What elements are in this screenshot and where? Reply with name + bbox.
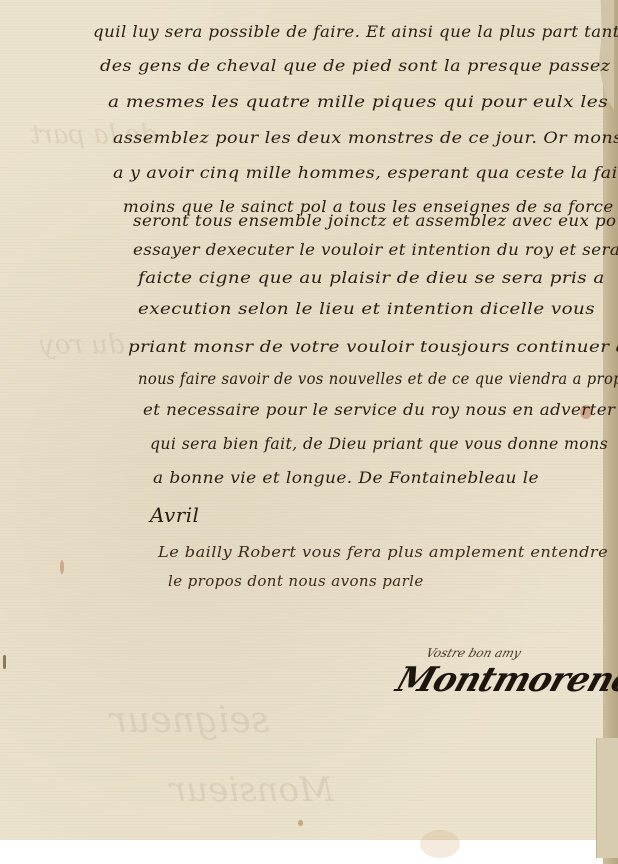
signature-block: Vostre bon amy Montmorency xyxy=(391,646,618,700)
signature-name: Montmorency xyxy=(391,660,618,700)
letter-line: a bonne vie et longue. De Fontainebleau … xyxy=(153,468,539,487)
letter-line: a y avoir cinq mille hommes, esperant qu… xyxy=(113,163,618,182)
letter-line: priant monsr de votre vouloir tousjours … xyxy=(128,337,618,356)
letter-line: execution selon le lieu et intention dic… xyxy=(138,299,595,318)
letter-line: et necessaire pour le service du roy nou… xyxy=(143,400,615,419)
letter-line: essayer dexecuter le vouloir et intentio… xyxy=(133,240,618,259)
letter-line: faicte cigne que au plaisir de dieu se s… xyxy=(138,268,605,287)
letter-line: a mesmes les quatre mille piques qui pou… xyxy=(108,92,608,111)
letter-line: assemblez pour les deux monstres de ce j… xyxy=(113,128,618,147)
postscript-line: le propos dont nous avons parle xyxy=(168,572,424,590)
letter-line: des gens de cheval que de pied sont la p… xyxy=(100,56,610,75)
signature-closing: Vostre bon amy xyxy=(424,646,618,660)
letter-line: Avril xyxy=(150,503,199,527)
letter-line: nous faire savoir de vos nouvelles et de… xyxy=(138,369,618,388)
letter-body: quil luy sera possible de faire. Et ains… xyxy=(0,0,618,864)
letter-line: qui sera bien fait, de Dieu priant que v… xyxy=(150,434,608,453)
postscript-line: Le bailly Robert vous fera plus amplemen… xyxy=(158,543,608,561)
letter-line: quil luy sera possible de faire. Et ains… xyxy=(93,22,618,41)
letter-line: seront tous ensemble joinctz et assemble… xyxy=(133,211,618,230)
